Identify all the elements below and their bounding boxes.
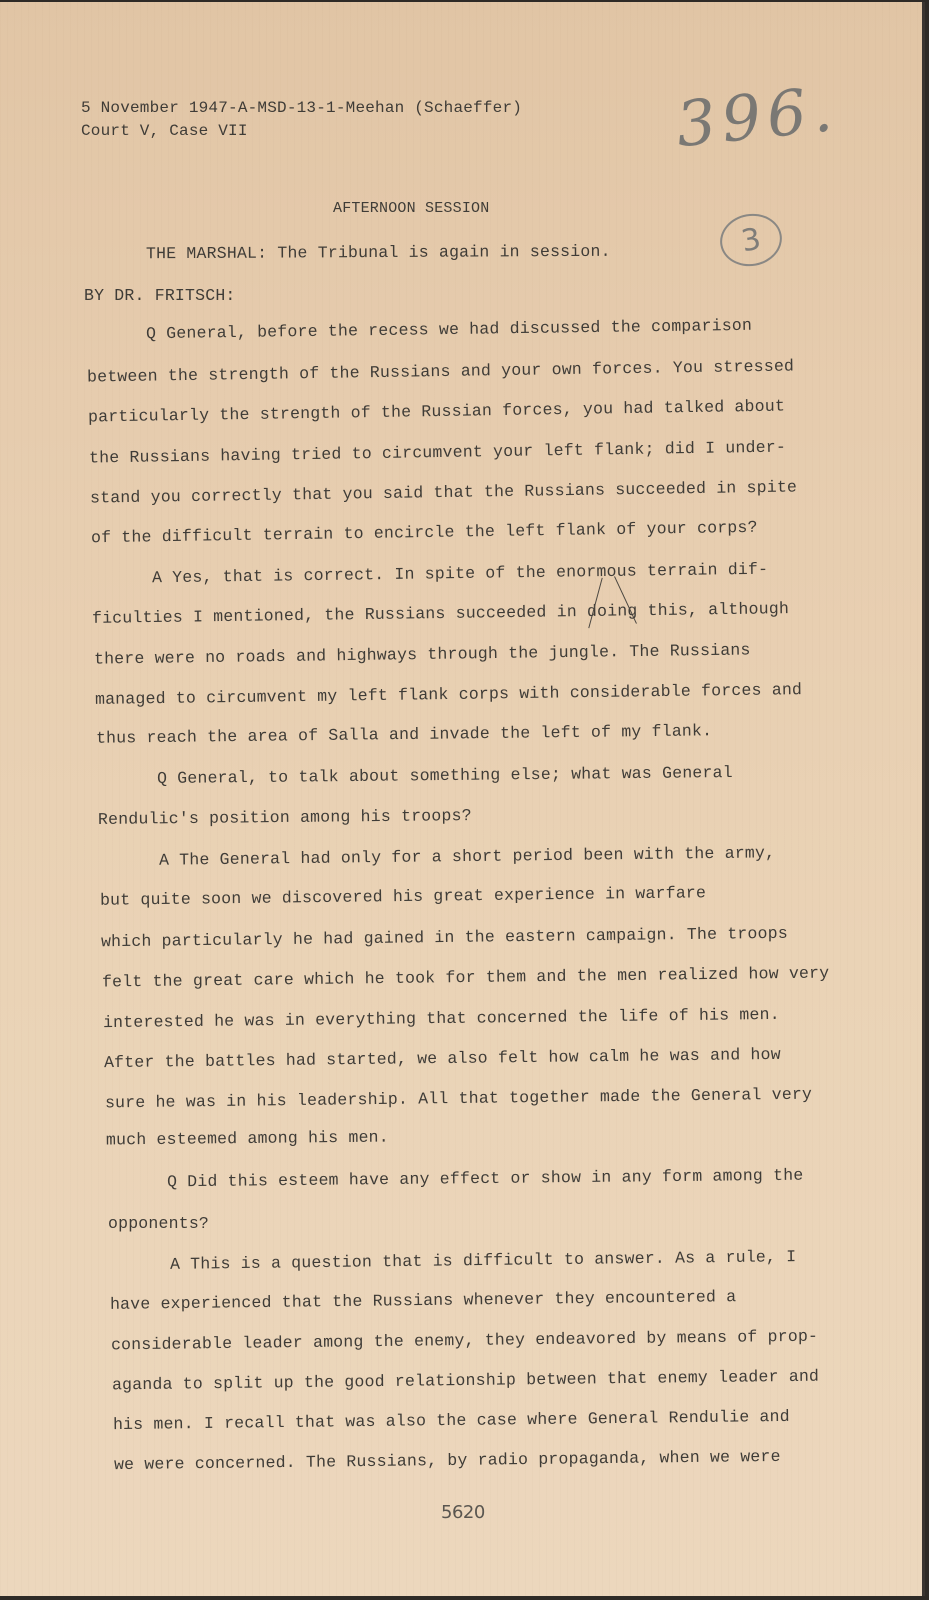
document-header-line-1: 5 November 1947-A-MSD-13-1-Meehan (Schae… [81,99,522,117]
transcript-line: the Russians having tried to circumvent … [89,438,786,468]
transcript-line: A Yes, that is correct. In spite of the … [152,560,768,588]
transcript-line: his men. I recall that was also the case… [113,1407,790,1434]
transcript-line: there were no roads and highways through… [94,640,751,668]
transcript-line: Q Did this esteem have any effect or sho… [167,1166,804,1192]
transcript-line: managed to circumvent my left flank corp… [95,680,802,709]
transcript-line: aganda to split up the good relationship… [112,1367,819,1395]
transcript-line: but quite soon we discovered his great e… [100,883,706,909]
transcript-line: stand you correctly that you said that t… [90,477,797,507]
transcript-line: A This is a question that is difficult t… [170,1247,796,1274]
transcript-line: thus reach the area of Salla and invade … [96,721,712,748]
transcript-line: ficulties I mentioned, the Russians succ… [92,599,789,628]
document-header-line-2: Court V, Case VII [81,122,248,140]
transcript-line: A The General had only for a short perio… [159,843,775,870]
footer-page-number: 5620 [441,1502,485,1523]
transcript-line: felt the great care which he took for th… [102,964,830,992]
session-title: AFTERNOON SESSION [333,200,489,217]
transcript-line: considerable leader among the enemy, the… [111,1327,818,1355]
document-page: 5 November 1947-A-MSD-13-1-Meehan (Schae… [0,2,925,1596]
transcript-line: which particularly he had gained in the … [101,924,788,951]
transcript-line: have experienced that the Russians whene… [110,1287,736,1314]
transcript-line: opponents? [108,1214,209,1233]
transcript-line: Q General, to talk about something else;… [157,763,733,788]
transcript-line: between the strength of the Russians and… [87,356,794,386]
transcript-line: After the battles had started, we also f… [104,1045,781,1072]
circled-annotation-mark: 3 [716,209,786,271]
transcript-line: interested he was in everything that con… [103,1005,780,1032]
handwritten-page-number: 396. [673,72,842,162]
transcript-line-marshal: THE MARSHAL: The Tribunal is again in se… [146,242,611,263]
transcript-line: Rendulic's position among his troops? [98,806,472,829]
transcript-line: sure he was in his leadership. All that … [105,1085,812,1113]
transcript-line: particularly the strength of the Russian… [88,397,785,427]
transcript-line: Q General, before the recess we had disc… [146,316,752,343]
transcript-line: we were concerned. The Russians, by radi… [114,1447,781,1474]
transcript-line: of the difficult terrain to encircle the… [91,518,758,547]
transcript-line-examiner: BY DR. FRITSCH: [84,286,236,305]
circled-annotation-text: 3 [739,221,764,259]
transcript-line: much esteemed among his men. [106,1128,389,1150]
